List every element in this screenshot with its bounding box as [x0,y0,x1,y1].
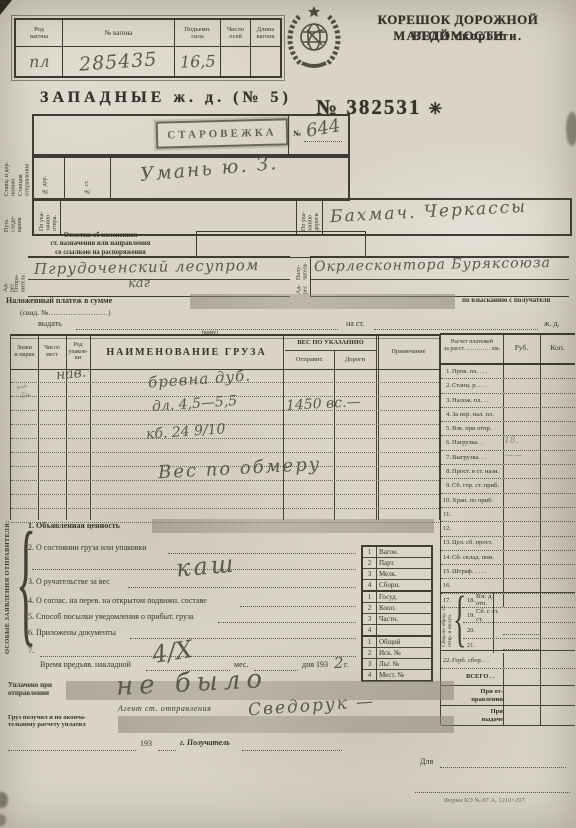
form-reference: Форма КЭ № 87 А, 1210×297. [444,797,526,804]
declaration-item-6: 6. Приложены документы [28,628,116,638]
remarks-column-header: Примечание [378,348,439,355]
charge-row: 11. [441,508,575,522]
wagon-length-header: Длина вагона [250,20,280,46]
year-suffix-label: г. [344,660,348,670]
declaration-item-7: 7. [28,646,34,656]
charge-row: 9.Сб. гор. ст. приб. [441,479,575,493]
declaration-line-3 [128,578,356,588]
route-by-sender-label: По ука- занию отпра. [39,202,59,231]
charge-row: 7.Выгрузка. . .⁓— [441,451,575,465]
cod-by-receiver-label: по взысканию с получателя [462,296,550,304]
pencil-mark: ⁓— [504,451,522,461]
sender-value-line2: каг [128,276,151,292]
paid-at-dispatch-row: При от- правлении [441,686,575,706]
number-field-label: № [293,129,301,139]
wagon-type-header: Род вагона [16,20,62,46]
marks-column-header: Знаки и марки [11,345,38,358]
charge-row: 13.Цел. сб. прост. [441,537,575,551]
shipment-category-table: 1Вагон. 2Парт. 3Мелк. 4Сборн. 1Госуд. 2К… [361,545,433,682]
charge-row: 4.За пер. нал. пл. [441,408,575,422]
paid-at-dispatch-label: Уплачено при отправлении [8,681,66,698]
weight-road-header: Дороги [334,356,376,363]
receiver-signature-line [242,741,342,751]
road-number-label: № дор. [42,160,49,194]
day-year-label: дня 193 [302,660,328,670]
dest-station-road-label: Станц. и дор. назнач. [4,114,17,196]
charge-row: 3.Налож. пл. . . [441,394,575,408]
charge-row: 21. [463,639,575,653]
charges-header: Расчет платежей за расст. ………… км. [441,339,503,352]
charges-group: Сбор по обрзд. ст. отпр. и получ. { 18.В… [441,592,575,651]
wagon-number-header: № вагона [62,20,174,46]
declared-value-field [152,519,434,533]
lifting-capacity-value: 16,5 [179,51,215,71]
charge-row: 15.Штраф. . . . . [441,565,575,579]
kop-header: Коп. [540,343,575,352]
cod-label: Наложенный платеж в сумме [6,296,112,306]
cod-amount-field [190,294,455,309]
pencil-mark: 18. [504,436,518,446]
declaration-item-2: 2. О состоянии груза или упаковки [28,543,147,553]
waybill-time-label: Время предъяв. накладной [40,660,131,670]
total-row: ВСЕГО . . [441,669,575,686]
goods-received-label: Груз получил и по оконча- тельному расче… [8,714,116,729]
charge-row: 14.Сб. склад. пом. [441,551,575,565]
scan-corner-artifact [0,0,12,15]
charge-row: 19.Сб. г. ст. ст. [463,608,575,623]
brace: { [16,514,20,650]
lifting-capacity-header: Подъемн. сила [174,20,220,46]
charge-row: 5.Взв. при отпр. [441,422,575,436]
declaration-item-5: 5. Способ посылки уведомления о прибыт. … [28,612,194,622]
charge-row: 10.Хран. по приб. [441,494,575,508]
charges-group-label: Сбор по обрзд. ст. отпр. и получ. [442,595,454,647]
wagon-number-value: 285435 [79,48,159,75]
charge-row: 6.Нагрузка. .18. [441,436,575,450]
packing-column-header: Род упаков- ки [66,342,90,362]
paper-stain [0,814,6,826]
pieces-column-header: Число мест [38,345,66,358]
declaration-item-3: 3. О ручательстве за вес [28,577,110,587]
goods-table-body [11,369,439,520]
charge-row: 18.Взг. д. отп. [463,593,575,608]
change-notes-field [196,231,366,258]
paid-at-delivery-row: При выдаче [441,706,575,726]
declaration-line-7 [40,647,356,657]
receipt-date-line-b [158,741,176,751]
paper-stain [0,792,8,808]
document-title-line2: МАЛОЙ скорости. [344,29,572,44]
wagon-info-table: Род вагона № вагона Подъемн. сила Число … [14,18,282,78]
charges-items: 1.Пров. пл. . . . 2.Станц. р. . . . 3.На… [441,365,575,608]
ussr-emblem-icon [282,5,346,73]
charge-row: 8.Прост. в ст. назн. [441,465,575,479]
route-label: Путь следо- вания [4,198,24,232]
declaration-line-5 [218,613,356,623]
declaration-item-1: 1. Объявленная ценность [28,521,120,531]
cod-certificate-label: (свид. №……………………) [20,308,111,317]
receiver-signature-label: г. Получатель [180,738,230,748]
stamp-duty-row: 22.Герб. сбор. . . [441,653,575,669]
year-value: 2 [334,654,344,672]
charges-table: Расчет платежей за расст. ………… км. Руб. … [440,333,575,725]
cod-railway-label: ж. д. [544,319,560,329]
declaration-item-4: 4. О соглас. на перев. на открытом подви… [28,596,207,606]
for-line-2 [415,783,570,793]
goods-name-column-header: НАИМЕНОВАНИЕ ГРУЗА [90,347,283,358]
charge-row: 1.Пров. пл. . . . [441,365,575,379]
charge-row: 12. [441,522,575,536]
rub-header: Руб. [503,343,540,352]
special-declarations-heading: ОСОБЫЕ ЗАЯВЛЕНИЯ ОТПРАВИТЕЛЯ: [5,518,12,654]
goods-received-field [118,716,454,733]
railway-name: ЗАПАДНЫЕ ж. д. (№ 5) [40,89,292,107]
for-label: Для [420,757,433,767]
waybill-counterfoil-document: Род вагона № вагона Подъемн. сила Число … [0,0,576,828]
receiver-address-label: Ад- рес [296,280,309,294]
change-notes-label: Отметки об изменениях ст. назначения или… [8,232,193,257]
station-number-label: № ст. [84,160,91,194]
charge-row: 2.Станц. р. . . . [441,379,575,393]
dispatch-agent-label: Агент ст. отправления [118,704,212,714]
wagon-type-value: пл [28,52,49,72]
asterisk-mark: ✳ [429,101,444,118]
route-by-road-label: По ука- занию дороги [301,202,321,231]
charge-row: 20. [463,623,575,638]
axle-count-header: Число осей [220,20,250,46]
cod-issue-line [76,320,338,330]
sender-label: Отпра- витель [14,258,27,292]
cod-station-label: на ст. [346,319,364,329]
receipt-year-label: 193 [140,739,152,749]
receipt-date-line-a [8,741,136,751]
paper-stain [566,112,576,146]
receiver-label: Полу- чатель [296,257,309,280]
pieces-value: нав. [55,364,87,383]
weight-group-header: ВЕС ПО УКАЗАНИЮ [285,339,376,346]
for-line-1 [440,758,566,768]
declaration-line-6 [130,629,356,639]
brace: { [453,589,458,649]
weight-sender-header: Отправит. [285,356,334,363]
station-stamp-text: СТАРОВЕЖКА [167,126,277,141]
cod-issue-label: выдать [38,319,62,329]
station-stamp: СТАРОВЕЖКА [156,118,289,148]
departure-station-label: Станция отправления [18,114,31,196]
weight-guarantee-value: каш [175,549,238,582]
cod-station-line [374,320,538,330]
declaration-line-4 [240,597,356,607]
